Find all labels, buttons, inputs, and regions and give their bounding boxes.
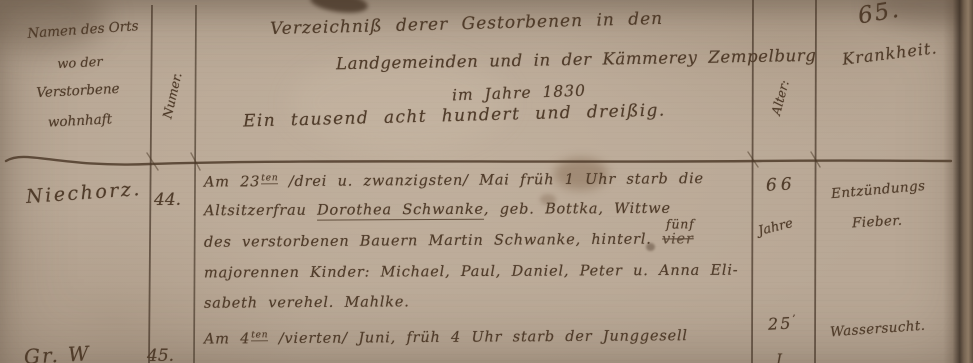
column-header-place-line: Verstorbene xyxy=(8,79,149,102)
register-title-line-4: Ein tausend acht hundert und dreißig. xyxy=(243,100,666,131)
entry-text-line: sabeth verehel. Mahlke. xyxy=(204,294,410,311)
entry-text-line: Altsitzerfrau Dorothea Schwanke, geb. Bo… xyxy=(204,201,671,219)
deceased-title: Altsitzerfrau xyxy=(204,203,317,220)
divider-tick-marks xyxy=(147,152,820,170)
column-header-number: Numer. xyxy=(156,55,189,136)
strikethrough-word: vier xyxy=(662,231,694,247)
column-header-age: Alter: xyxy=(764,62,797,133)
death-date-text: /vierten/ Juni, früh 4 Uhr starb der Jun… xyxy=(268,328,688,347)
entry-text-line: majorennen Kinder: Michael, Paul, Daniel… xyxy=(204,263,739,282)
entry-text-line: Am 23ten /drei u. zwanzigsten/ Mai früh … xyxy=(204,170,704,190)
entry-number: 45. xyxy=(147,346,174,363)
register-title-line-2: Landgemeinden und in der Kämmerey Zempel… xyxy=(336,46,817,73)
cause-of-death-line: Entzündungs xyxy=(830,178,926,202)
ordinal-suffix: ten xyxy=(251,330,268,341)
entry-text-line: des verstorbenen Bauern Martin Schwanke,… xyxy=(204,231,694,250)
row-divider-line xyxy=(6,157,951,165)
inserted-word: fünf xyxy=(666,216,695,231)
cause-of-death-line: Fieber. xyxy=(852,213,903,232)
entry-number: 44. xyxy=(154,190,181,210)
correction: vierfünf xyxy=(662,231,694,247)
entry-text-line: Am 4ten /vierten/ Juni, früh 4 Uhr starb… xyxy=(204,327,688,347)
cause-of-death-line: Wassersucht. xyxy=(830,318,926,341)
death-date-text: Am 4 xyxy=(204,331,250,347)
age-unit-partial: J xyxy=(776,352,782,363)
entry-place-name: Niechorz. xyxy=(25,178,142,208)
column-header-place-line: Namen des Orts xyxy=(18,17,149,42)
column-header-place-line: wo der xyxy=(30,53,131,73)
deceased-name-underlined: Dorothea Schwanke xyxy=(317,202,484,221)
age-number: 25 xyxy=(768,314,793,334)
ink-blot-stain xyxy=(309,0,369,16)
column-header-disease: Krankheit. xyxy=(841,38,938,69)
age-value: 25ʼ xyxy=(768,313,799,334)
age-unit: Jahre xyxy=(757,216,795,239)
entry-text: des verstorbenen Bauern Martin Schwanke,… xyxy=(204,232,662,251)
death-date-text: Am 23 xyxy=(204,174,260,190)
deceased-detail: , geb. Bottka, Wittwe xyxy=(484,201,671,218)
age-value: 66 xyxy=(765,174,796,196)
entry-place-name-partial: Gr. W xyxy=(23,341,91,363)
page-binding-edge xyxy=(943,0,973,363)
ordinal-suffix: ten xyxy=(261,173,278,184)
column-header-place-line: wohnhaft xyxy=(25,110,136,132)
page-number: 65. xyxy=(856,0,902,29)
age-mark: ʼ xyxy=(792,314,798,325)
column-rule-place xyxy=(149,5,152,363)
register-title-line-1: Verzeichniß derer Gestorbenen in den xyxy=(270,9,664,39)
register-title-line-3: im Jahre 1830 xyxy=(452,82,587,105)
death-date-text: /drei u. zwanzigsten/ Mai früh 1 Uhr sta… xyxy=(278,171,704,190)
register-page: Namen des Orts wo der Verstorbene wohnha… xyxy=(0,0,973,363)
column-rule-number xyxy=(194,5,196,363)
